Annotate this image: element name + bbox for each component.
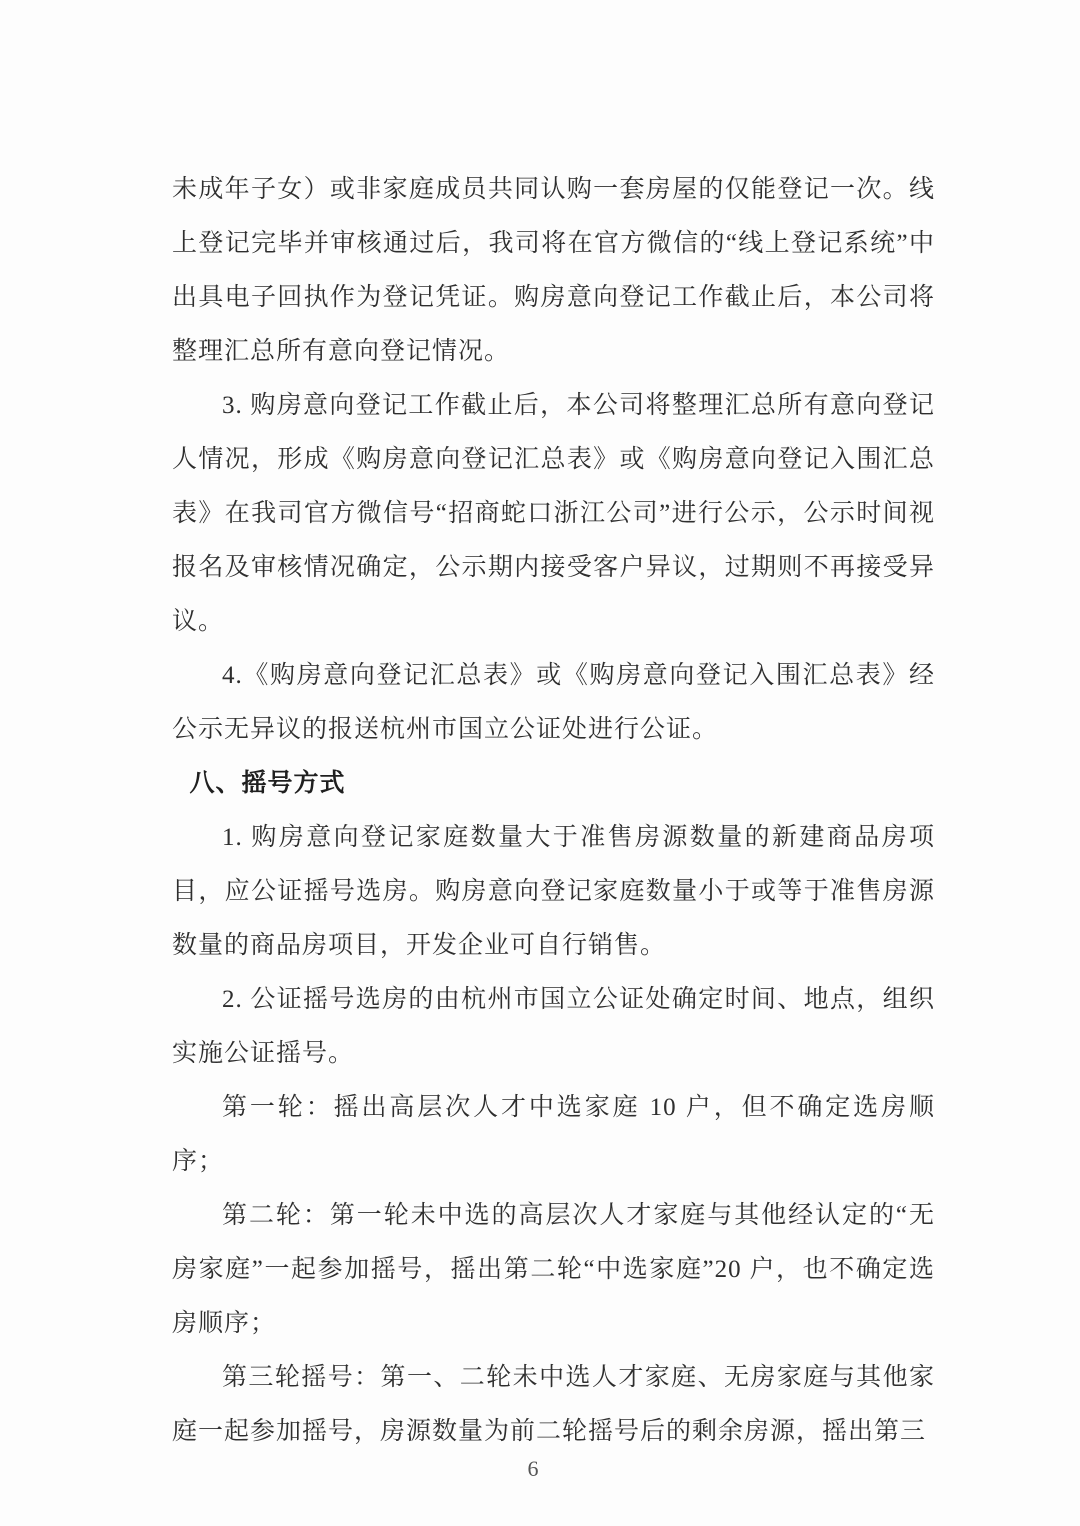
section-heading-lottery-method: 八、摇号方式 (172, 757, 935, 811)
paragraph-item-2: 2. 公证摇号选房的由杭州市国立公证处确定时间、地点，组织实施公证摇号。 (172, 973, 935, 1081)
document-page: 未成年子女）或非家庭成员共同认购一套房屋的仅能登记一次。线上登记完毕并审核通过后… (0, 0, 1080, 1526)
page-number: 6 (0, 1456, 1066, 1482)
paragraph-item-1: 1. 购房意向登记家庭数量大于准售房源数量的新建商品房项目，应公证摇号选房。购房… (172, 811, 935, 973)
document-body: 未成年子女）或非家庭成员共同认购一套房屋的仅能登记一次。线上登记完毕并审核通过后… (172, 163, 935, 1459)
paragraph-item-4: 4.《购房意向登记汇总表》或《购房意向登记入围汇总表》经公示无异议的报送杭州市国… (172, 649, 935, 757)
paragraph-continuation: 未成年子女）或非家庭成员共同认购一套房屋的仅能登记一次。线上登记完毕并审核通过后… (172, 163, 935, 379)
paragraph-round-1: 第一轮：摇出高层次人才中选家庭 10 户，但不确定选房顺序； (172, 1081, 935, 1189)
paragraph-round-3: 第三轮摇号：第一、二轮未中选人才家庭、无房家庭与其他家庭一起参加摇号，房源数量为… (172, 1351, 935, 1459)
paragraph-round-2: 第二轮：第一轮未中选的高层次人才家庭与其他经认定的“无房家庭”一起参加摇号，摇出… (172, 1189, 935, 1351)
paragraph-item-3: 3. 购房意向登记工作截止后，本公司将整理汇总所有意向登记人情况，形成《购房意向… (172, 379, 935, 649)
